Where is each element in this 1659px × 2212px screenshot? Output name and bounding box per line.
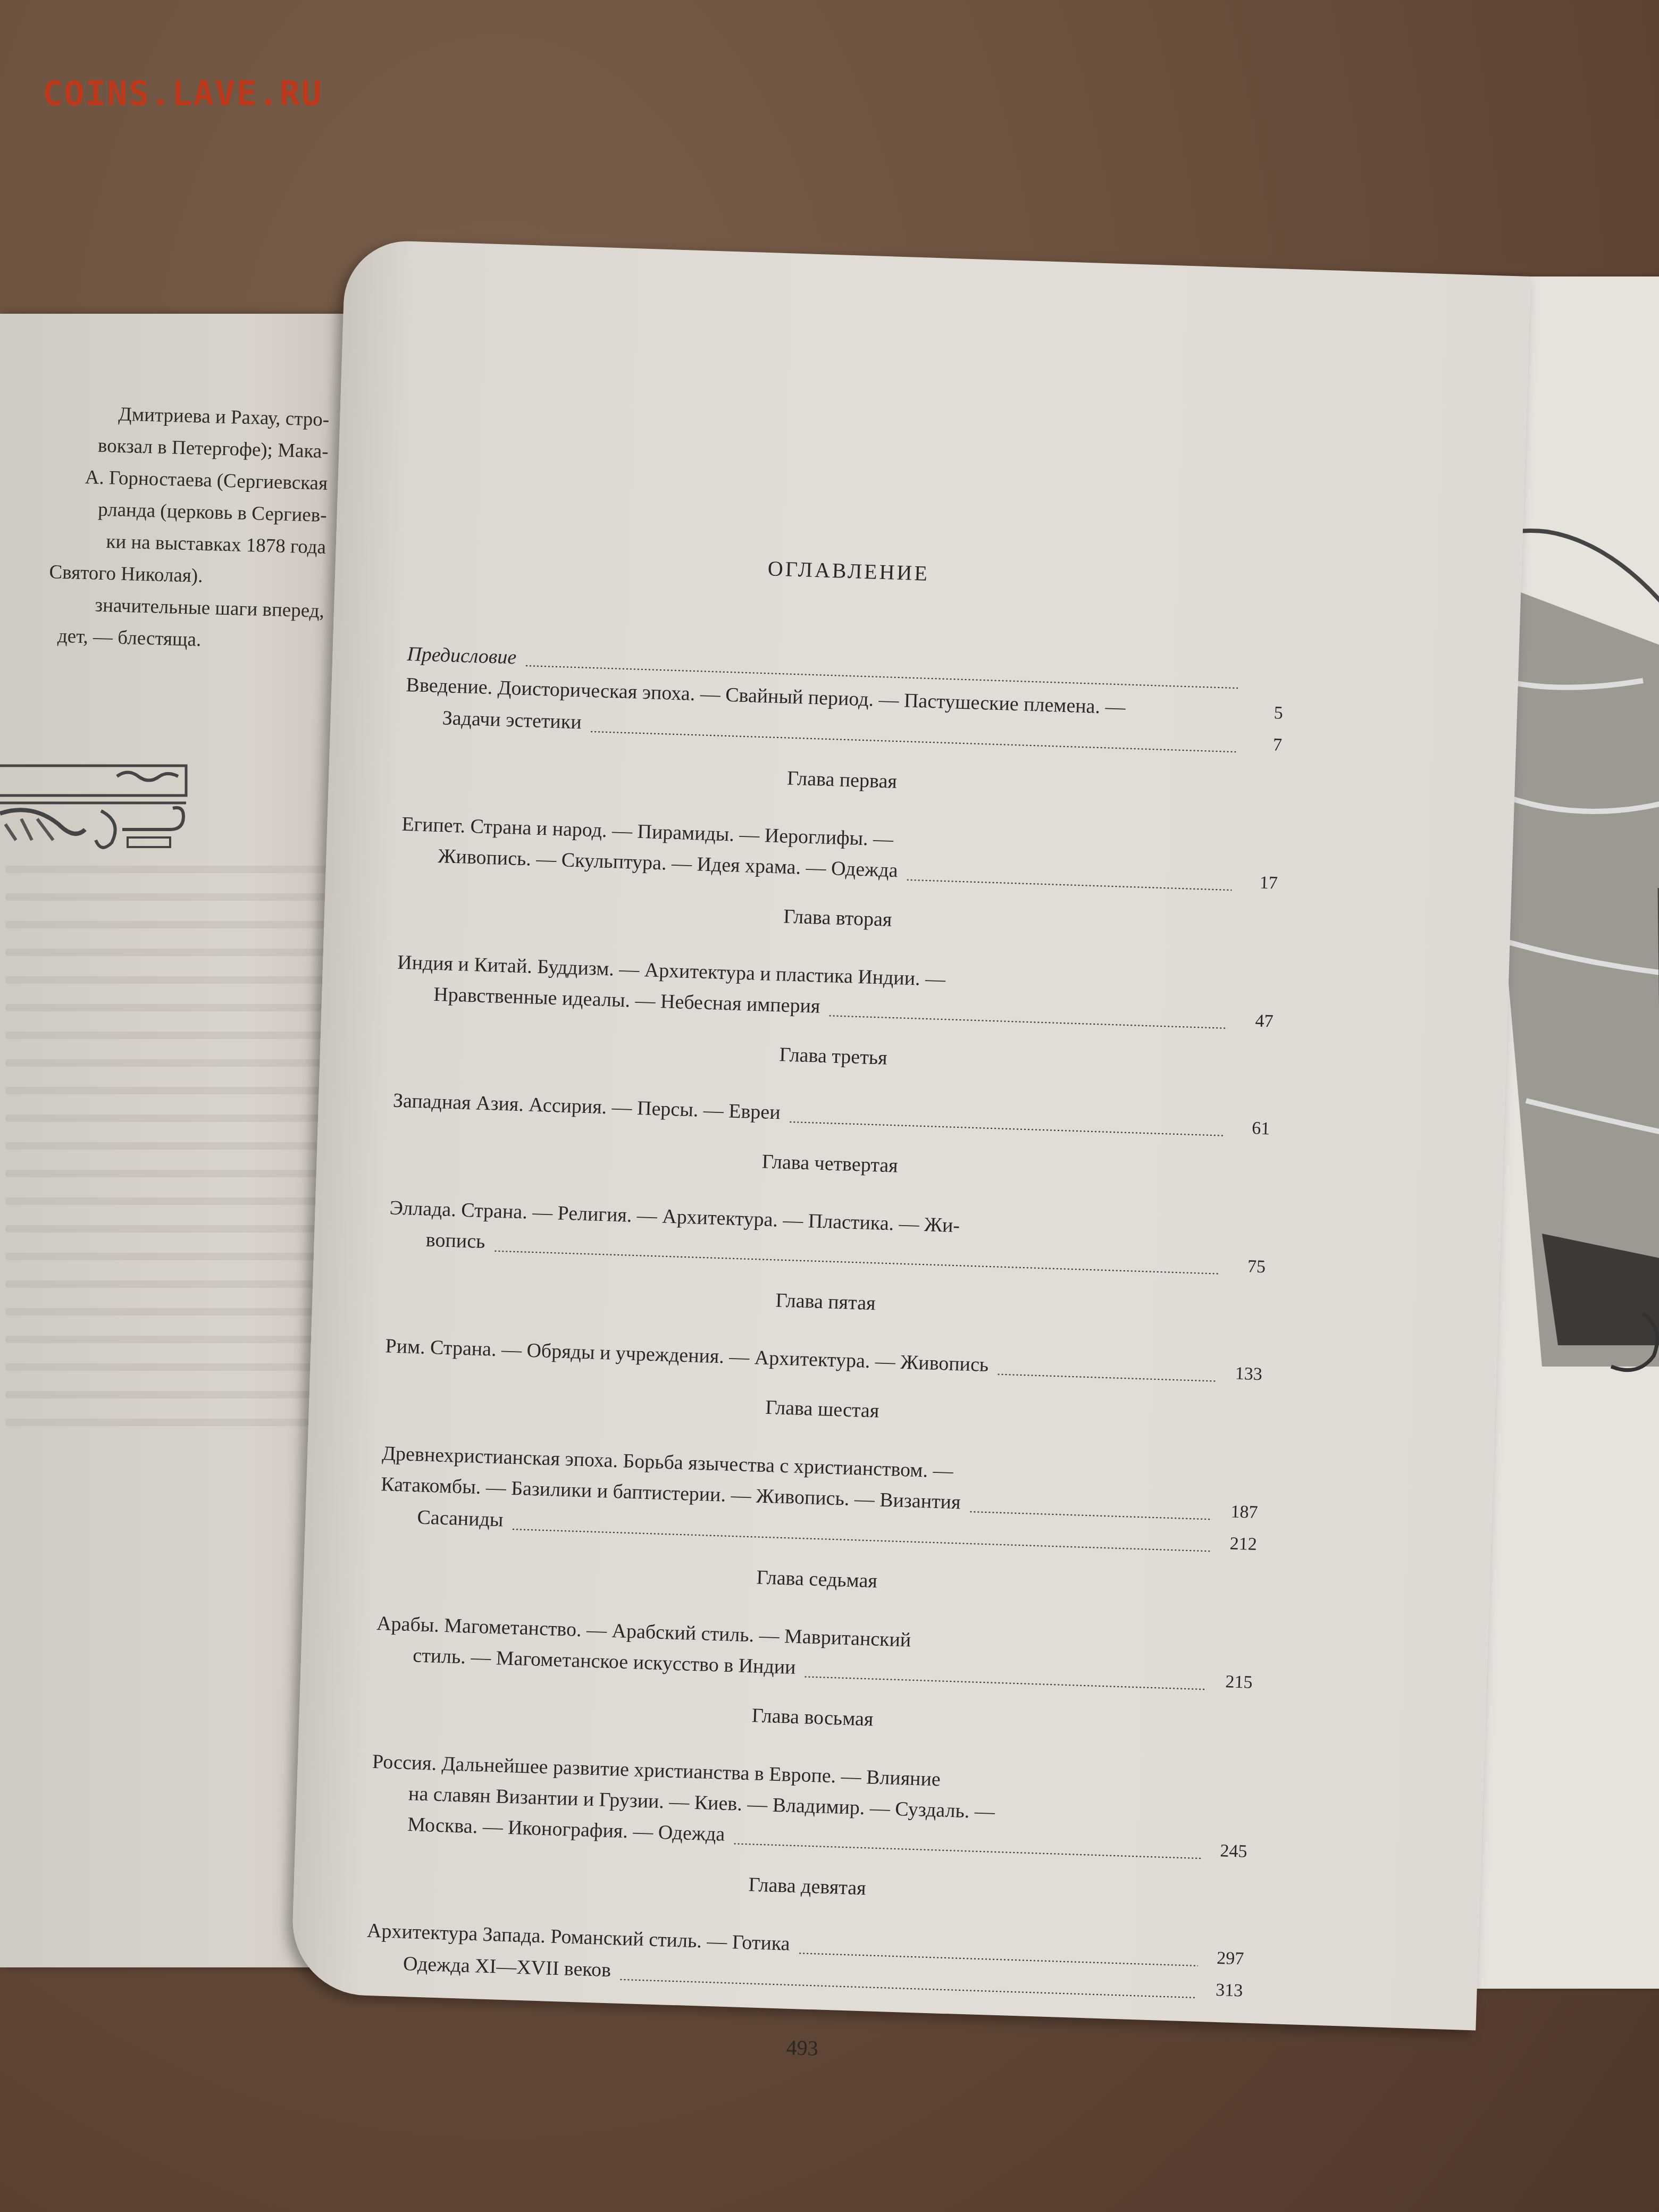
chapter-heading: Глава седьмая xyxy=(378,1554,1256,1605)
dot-leader xyxy=(906,879,1231,891)
left-page-text: Дмитриева и Рахау, стро- вокзал в Петерг… xyxy=(0,396,330,659)
dot-leader xyxy=(789,1121,1224,1137)
toc-entry-chapter-5[interactable]: Рим. Страна. — Обряды и учреждения. — Ар… xyxy=(385,1330,1263,1390)
toc-entry-chapter-9[interactable]: Архитектура Запада. Романский стиль. — Г… xyxy=(365,1915,1244,2007)
page-number: 493 xyxy=(363,2022,1241,2074)
dot-leader xyxy=(997,1373,1217,1382)
toc-entry-chapter-2[interactable]: Индия и Китай. Буддизм. — Архитектура и … xyxy=(396,947,1275,1037)
page-ref: 187 xyxy=(1220,1496,1259,1528)
dot-leader xyxy=(828,1015,1227,1029)
dot-leader xyxy=(804,1675,1206,1690)
dot-leader xyxy=(733,1842,1201,1859)
chapter-heading: Глава третья xyxy=(395,1031,1272,1082)
chapter-heading: Глава вторая xyxy=(399,893,1277,944)
page-ref: 313 xyxy=(1205,1974,1243,2006)
toc-page: ОГЛАВЛЕНИЕ Предисловие Введение. Доистор… xyxy=(290,239,1531,2030)
chapter-heading: Глава девятая xyxy=(368,1861,1246,1912)
dot-leader xyxy=(969,1511,1212,1520)
page-ref: 215 xyxy=(1215,1666,1253,1698)
chapter-heading: Глава восьмая xyxy=(374,1692,1252,1743)
dot-leader xyxy=(619,1979,1197,1999)
watermark: COINS.LAVE.RU xyxy=(43,74,323,114)
page-ref: 7 xyxy=(1244,729,1283,761)
table-of-contents: ОГЛАВЛЕНИЕ Предисловие Введение. Доистор… xyxy=(363,544,1287,2074)
toc-entry-chapter-8[interactable]: Россия. Дальнейшее развитие христианства… xyxy=(370,1746,1250,1867)
chapter-heading: Глава четвертая xyxy=(391,1138,1269,1189)
dot-leader xyxy=(590,731,1236,753)
toc-entry-chapter-3[interactable]: Западная Азия. Ассирия. — Персы. — Евреи… xyxy=(392,1085,1270,1145)
left-page: Дмитриева и Рахау, стро- вокзал в Петерг… xyxy=(0,314,351,1967)
entry-text: Предисловие xyxy=(407,639,517,673)
entry-text: Задачи эстетики xyxy=(442,702,582,738)
dot-leader xyxy=(493,1250,1220,1275)
dot-leader xyxy=(512,1528,1211,1552)
page-ref: 133 xyxy=(1225,1358,1263,1390)
toc-entry-chapter-7[interactable]: Арабы. Магометанство. — Арабский стиль. … xyxy=(375,1608,1254,1698)
toc-entry-chapter-1[interactable]: Египет. Страна и народ. — Пирамиды. — Ие… xyxy=(400,809,1279,899)
page-ref: 212 xyxy=(1219,1528,1258,1560)
page-ref: 47 xyxy=(1236,1005,1274,1037)
ornament-icon xyxy=(0,744,191,851)
page-ref: 245 xyxy=(1210,1836,1248,1867)
page-ref: 17 xyxy=(1240,867,1278,899)
page-ref: 61 xyxy=(1232,1112,1270,1144)
page-ref: 297 xyxy=(1206,1942,1244,1974)
page-ref: 5 xyxy=(1245,697,1284,729)
bleed-through-text xyxy=(5,845,335,1446)
toc-entry-chapter-4[interactable]: Эллада. Страна. — Религия. — Архитектура… xyxy=(388,1193,1267,1283)
toc-title: ОГЛАВЛЕНИЕ xyxy=(410,544,1288,597)
chapter-heading: Глава первая xyxy=(403,755,1281,806)
chapter-heading: Глава пятая xyxy=(387,1276,1264,1327)
toc-entry-chapter-6[interactable]: Древнехристианская эпоха. Борьба язычест… xyxy=(380,1438,1260,1560)
chapter-heading: Глава шестая xyxy=(383,1384,1261,1435)
page-ref: 75 xyxy=(1228,1251,1266,1283)
